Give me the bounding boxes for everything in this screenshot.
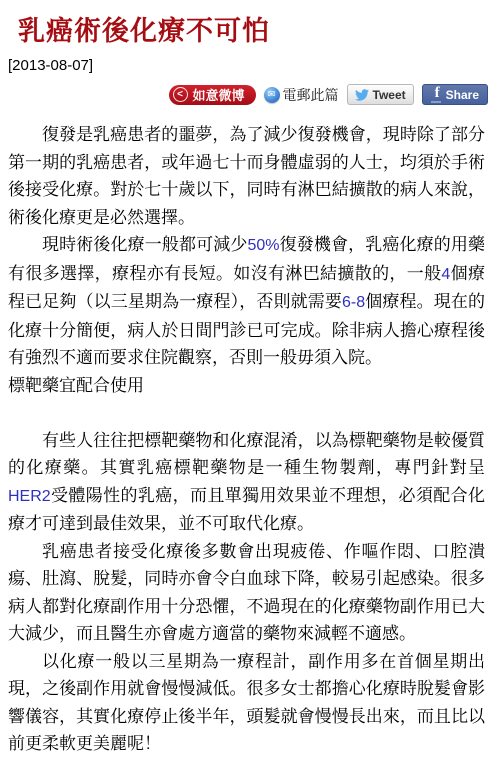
paragraph-spacer: [8, 399, 485, 427]
facebook-f-icon: f: [431, 86, 441, 103]
article-paragraph: 以化療一般以三星期為一療程計，副作用多在首個星期出現，之後副作用就會慢慢減低。很…: [8, 648, 485, 758]
inline-highlight-text: HER2: [8, 488, 51, 505]
inline-highlight-text: 6-8: [342, 294, 365, 311]
weibo-share-button[interactable]: < 如意微博: [169, 85, 256, 105]
share-toolbar: < 如意微博 ✉ 電郵此篇 Tweet f Share: [0, 83, 488, 106]
inline-highlight-text: 50%: [247, 237, 279, 254]
article-paragraph: 現時術後化療一般都可減少50%復發機會，乳癌化療的用藥有很多選擇，療程亦有長短。…: [8, 231, 485, 372]
body-text: 有些人往往把標靶藥物和化療混淆，以為標靶藥物是較優質的化療藥。其實乳癌標靶藥物是…: [8, 431, 485, 478]
body-text: 以化療一般以三星期為一療程計，副作用多在首個星期出現，之後副作用就會慢慢減低。很…: [8, 652, 485, 754]
body-text: 受體陽性的乳癌，而且單獨用效果並不理想，必須配合化療才可達到最佳效果，並不可取代…: [8, 486, 485, 534]
body-text: 乳癌患者接受化療後多數會出現疲倦、作嘔作悶、口腔潰瘍、肚瀉、脫髮，同時亦會令白血…: [8, 542, 485, 644]
page-title: 乳癌術後化療不可怕: [18, 16, 485, 46]
article-paragraph: 復發是乳癌患者的噩夢，為了減少復發機會，現時除了部分第一期的乳癌患者，或年過七十…: [8, 121, 485, 231]
article-date: [2013-08-07]: [8, 57, 493, 75]
weibo-share-label: 如意微博: [193, 85, 245, 104]
email-article-label: 電郵此篇: [283, 85, 339, 105]
article-body: 復發是乳癌患者的噩夢，為了減少復發機會，現時除了部分第一期的乳癌患者，或年過七十…: [8, 121, 485, 758]
tweet-label: Tweet: [373, 88, 406, 102]
email-icon: ✉: [264, 87, 280, 103]
section-heading: 標靶藥宜配合使用: [8, 372, 485, 400]
twitter-bird-icon: [355, 88, 369, 102]
tweet-button[interactable]: Tweet: [347, 84, 414, 105]
body-text: 現時術後化療一般都可減少: [42, 235, 247, 254]
article-page: 乳癌術後化療不可怕 [2013-08-07] < 如意微博 ✉ 電郵此篇 Twe…: [0, 16, 493, 758]
inline-highlight-text: 4: [441, 266, 450, 283]
article-paragraph: 乳癌患者接受化療後多數會出現疲倦、作嘔作悶、口腔潰瘍、肚瀉、脫髮，同時亦會令白血…: [8, 538, 485, 648]
body-text: 標靶藥宜配合使用: [8, 376, 144, 395]
email-article-button[interactable]: ✉ 電郵此篇: [264, 85, 339, 105]
facebook-share-label: Share: [446, 88, 479, 102]
body-text: 復發是乳癌患者的噩夢，為了減少復發機會，現時除了部分第一期的乳癌患者，或年過七十…: [8, 125, 485, 227]
facebook-share-button[interactable]: f Share: [422, 84, 488, 105]
share-icon: <: [173, 87, 188, 102]
article-paragraph: 有些人往往把標靶藥物和化療混淆，以為標靶藥物是較優質的化療藥。其實乳癌標靶藥物是…: [8, 427, 485, 538]
